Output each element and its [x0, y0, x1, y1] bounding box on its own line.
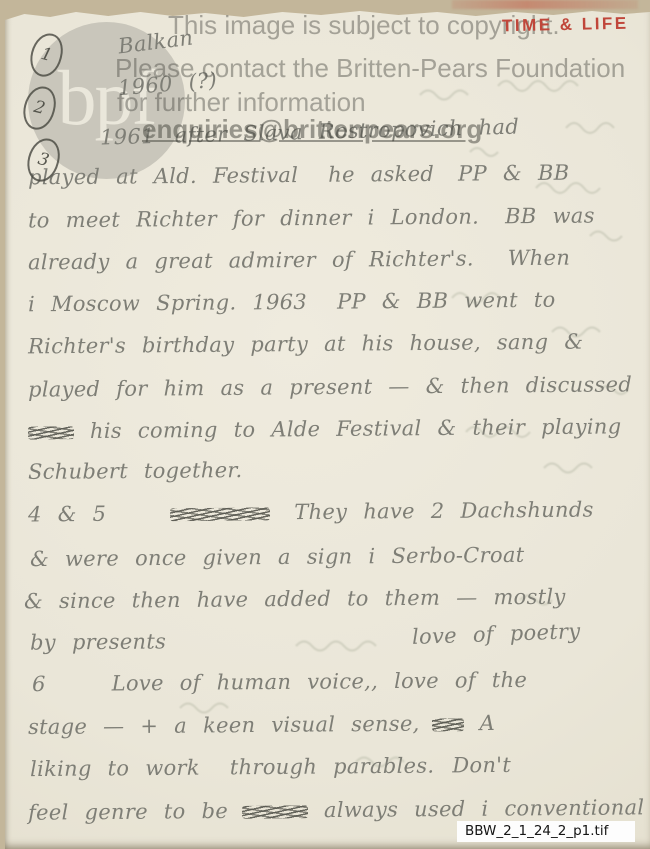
red-ink-annotation: TIME & LIFE	[502, 14, 629, 37]
manuscript-line: already a great admirer of Richter's.Whe…	[28, 246, 570, 275]
watermark-email: enquiries@brittenpears.org	[142, 114, 482, 145]
copyright-watermark-line1: This image is subject to copyright.	[168, 10, 560, 41]
manuscript-line: 6Love of human voice,, love of the	[32, 668, 527, 696]
manuscript-line: his coming to Alde Festival & their play…	[28, 414, 622, 443]
manuscript-line: & since then have added to them — mostly	[24, 585, 566, 614]
manuscript-line: stage — + a keen visual sense, A	[28, 711, 495, 739]
manuscript-line: played for him as a present — & then dis…	[28, 372, 632, 401]
manuscript-line: 4 & 5They have 2 Dachshunds	[28, 498, 594, 527]
manuscript-line: played at Ald. Festivalhe askedPP & BB	[28, 161, 570, 190]
crossed-out-scribble	[242, 805, 308, 819]
scanned-document: bpf Balkan1960 (?)1961after Slava Rostro…	[0, 0, 650, 849]
manuscript-line: liking to workthrough parables.Don't	[30, 753, 511, 781]
manuscript-line: to meet Richter for dinner i London.BB w…	[28, 204, 595, 233]
filename-label: BBW_2_1_24_2_p1.tif	[457, 821, 635, 842]
manuscript-line: & were once given a sign i Serbo-Croat	[30, 543, 525, 571]
crossed-out-scribble	[432, 718, 464, 731]
manuscript-line: by presents	[30, 629, 166, 654]
crossed-out-scribble	[170, 507, 270, 521]
manuscript-line: Richter's birthday party at his house, s…	[28, 330, 583, 359]
manuscript-line: i Moscow Spring. 1963PP & BB went to	[28, 288, 556, 317]
manuscript-line: love of poetry	[412, 619, 581, 649]
crossed-out-scribble	[28, 426, 74, 439]
copyright-watermark-line2: Please contact the Britten-Pears Foundat…	[115, 53, 625, 84]
manuscript-line: Schubert together.	[28, 458, 243, 484]
